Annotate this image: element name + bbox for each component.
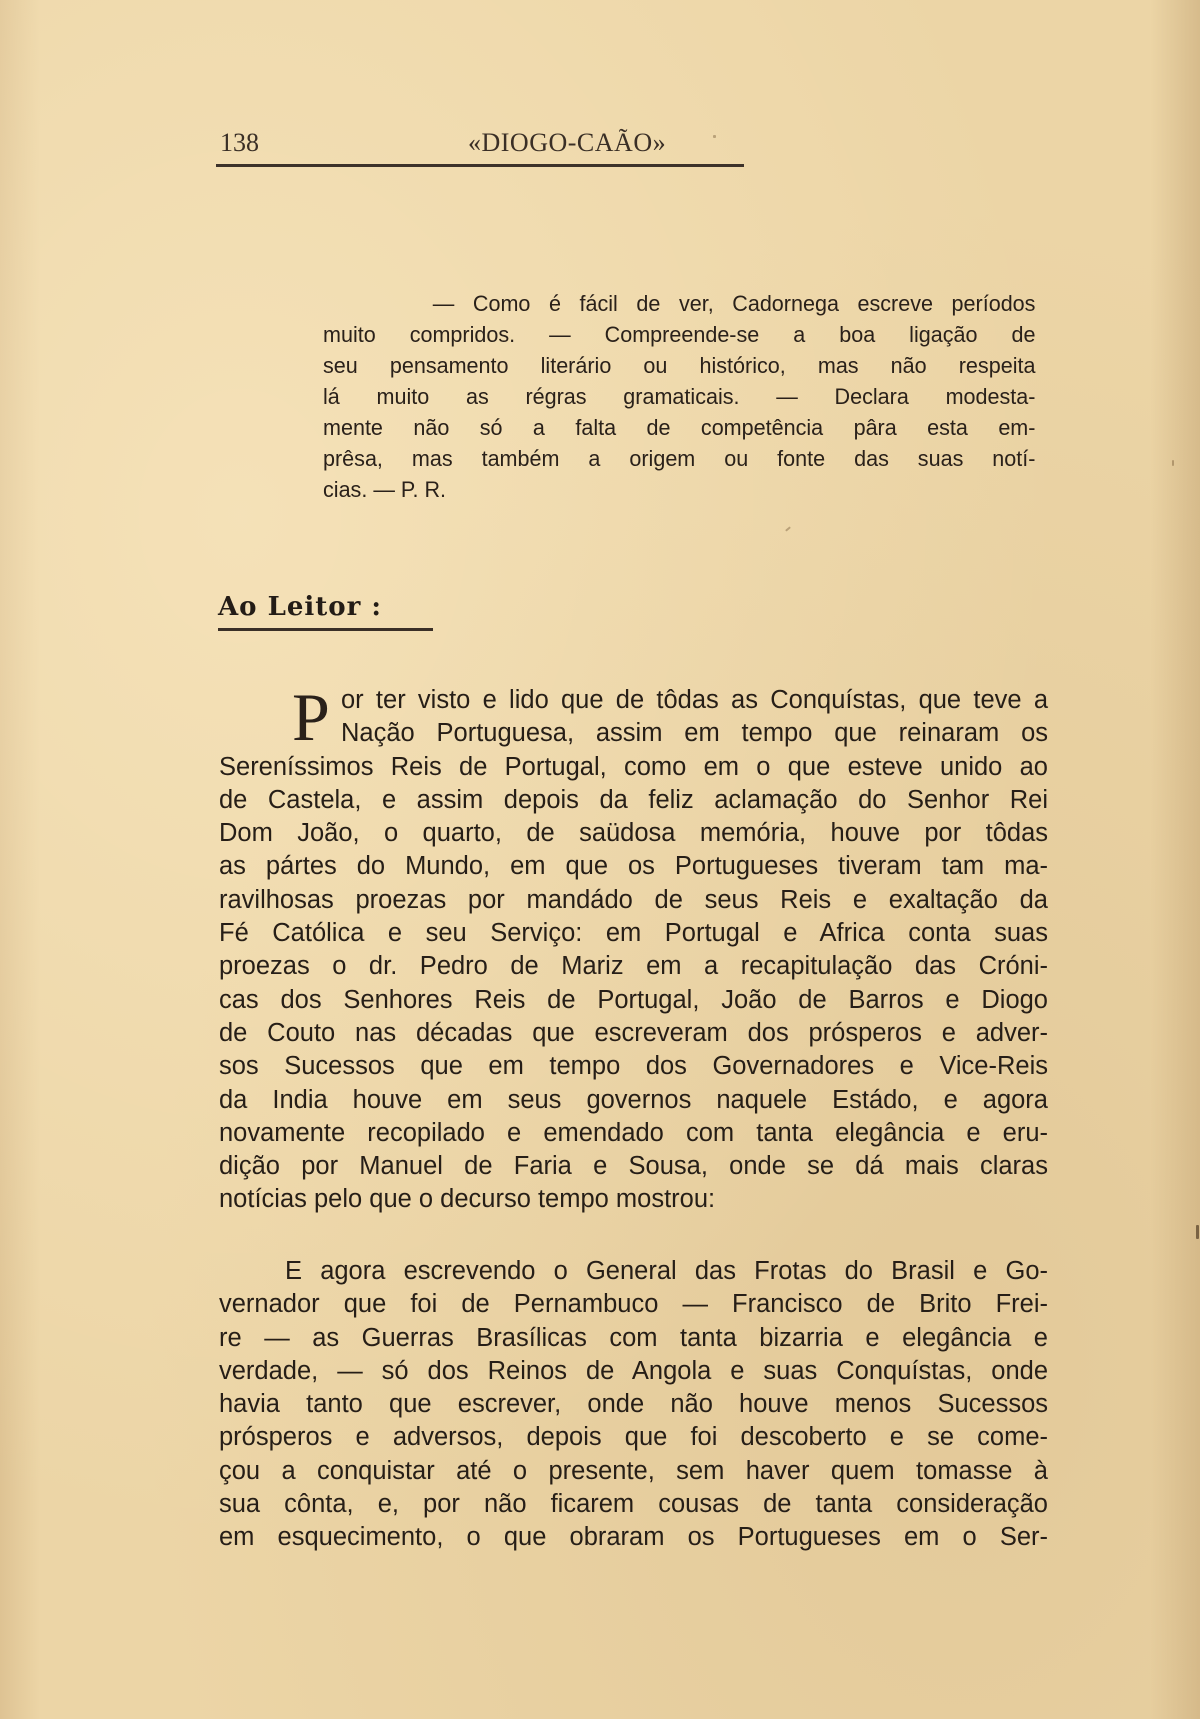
body-line: as pártes do Mundo, em que os Portuguese…: [219, 850, 1048, 883]
body-line: Sereníssimos Reis de Portugal, como em o…: [219, 751, 1048, 784]
paper-speck: [1172, 460, 1174, 466]
body-line: de Couto nas décadas que escreveram dos …: [219, 1017, 1048, 1050]
editor-note: — Como é fácil de ver, Cadornega escreve…: [323, 288, 1035, 505]
body-line: sua cônta, e, por não ficarem cousas de …: [219, 1488, 1048, 1521]
paper-edge-mark: [1196, 1225, 1199, 1239]
body-line: Fé Católica e seu Serviço: em Portugal e…: [219, 917, 1048, 950]
note-line: prêsa, mas também a origem ou fonte das …: [323, 443, 1035, 474]
paragraph-1: or ter visto e lido que de tôdas as Conq…: [219, 684, 1048, 1217]
body-line: da India houve em seus governos naquele …: [219, 1084, 1048, 1117]
body-line: dição por Manuel de Faria e Sousa, onde …: [219, 1150, 1048, 1183]
section-heading: Ao Leitor :: [218, 592, 382, 622]
running-title: «DIOGO-CAÃO»: [468, 128, 666, 158]
body-line: proezas o dr. Pedro de Mariz em a recapi…: [219, 950, 1048, 983]
body-line: notícias pelo que o decurso tempo mostro…: [219, 1183, 1048, 1216]
body-line: Dom João, o quarto, de saüdosa memória, …: [219, 817, 1048, 850]
body-line: verdade, — só dos Reinos de Angola e sua…: [219, 1355, 1048, 1388]
body-line: vernador que foi de Pernambuco — Francis…: [219, 1288, 1048, 1321]
body-line: em esquecimento, o que obraram os Portug…: [219, 1521, 1048, 1554]
body-line: cas dos Senhores Reis de Portugal, João …: [219, 984, 1048, 1017]
body-line: prósperos e adversos, depois que foi des…: [219, 1421, 1048, 1454]
paper-speck: [785, 526, 791, 531]
body-line: çou a conquistar até o presente, sem hav…: [219, 1455, 1048, 1488]
body-line: or ter visto e lido que de tôdas as Conq…: [219, 684, 1048, 717]
note-line: muito compridos. — Compreende-se a boa l…: [323, 319, 1035, 350]
note-line: seu pensamento literário ou histórico, m…: [323, 350, 1035, 381]
heading-underline: [218, 628, 433, 631]
note-line: mente não só a falta de competência pâra…: [323, 412, 1035, 443]
page-number: 138: [220, 128, 259, 158]
paper-speck: [713, 135, 716, 138]
body-line: re — as Guerras Brasílicas com tanta biz…: [219, 1322, 1048, 1355]
body-line: de Castela, e assim depois da feliz acla…: [219, 784, 1048, 817]
note-line: cias. — P. R.: [323, 474, 1035, 505]
body-line: havia tanto que escrever, onde não houve…: [219, 1388, 1048, 1421]
paragraph-2: E agora escrevendo o General das Frotas …: [219, 1255, 1048, 1555]
header-rule: [216, 164, 744, 167]
note-line: — Como é fácil de ver, Cadornega escreve…: [323, 288, 1035, 319]
body-line: E agora escrevendo o General das Frotas …: [219, 1255, 1048, 1288]
page-header: 138 «DIOGO-CAÃO»: [218, 128, 743, 168]
body-line: sos Sucessos que em tempo dos Governador…: [219, 1050, 1048, 1083]
body-line: novamente recopilado e emendado com tant…: [219, 1117, 1048, 1150]
book-page: 138 «DIOGO-CAÃO» — Como é fácil de ver, …: [0, 0, 1200, 1719]
body-line: ravilhosas proezas por mandádo de seus R…: [219, 884, 1048, 917]
body-line: Nação Portuguesa, assim em tempo que rei…: [219, 717, 1048, 750]
note-line: lá muito as régras gramaticais. — Declar…: [323, 381, 1035, 412]
